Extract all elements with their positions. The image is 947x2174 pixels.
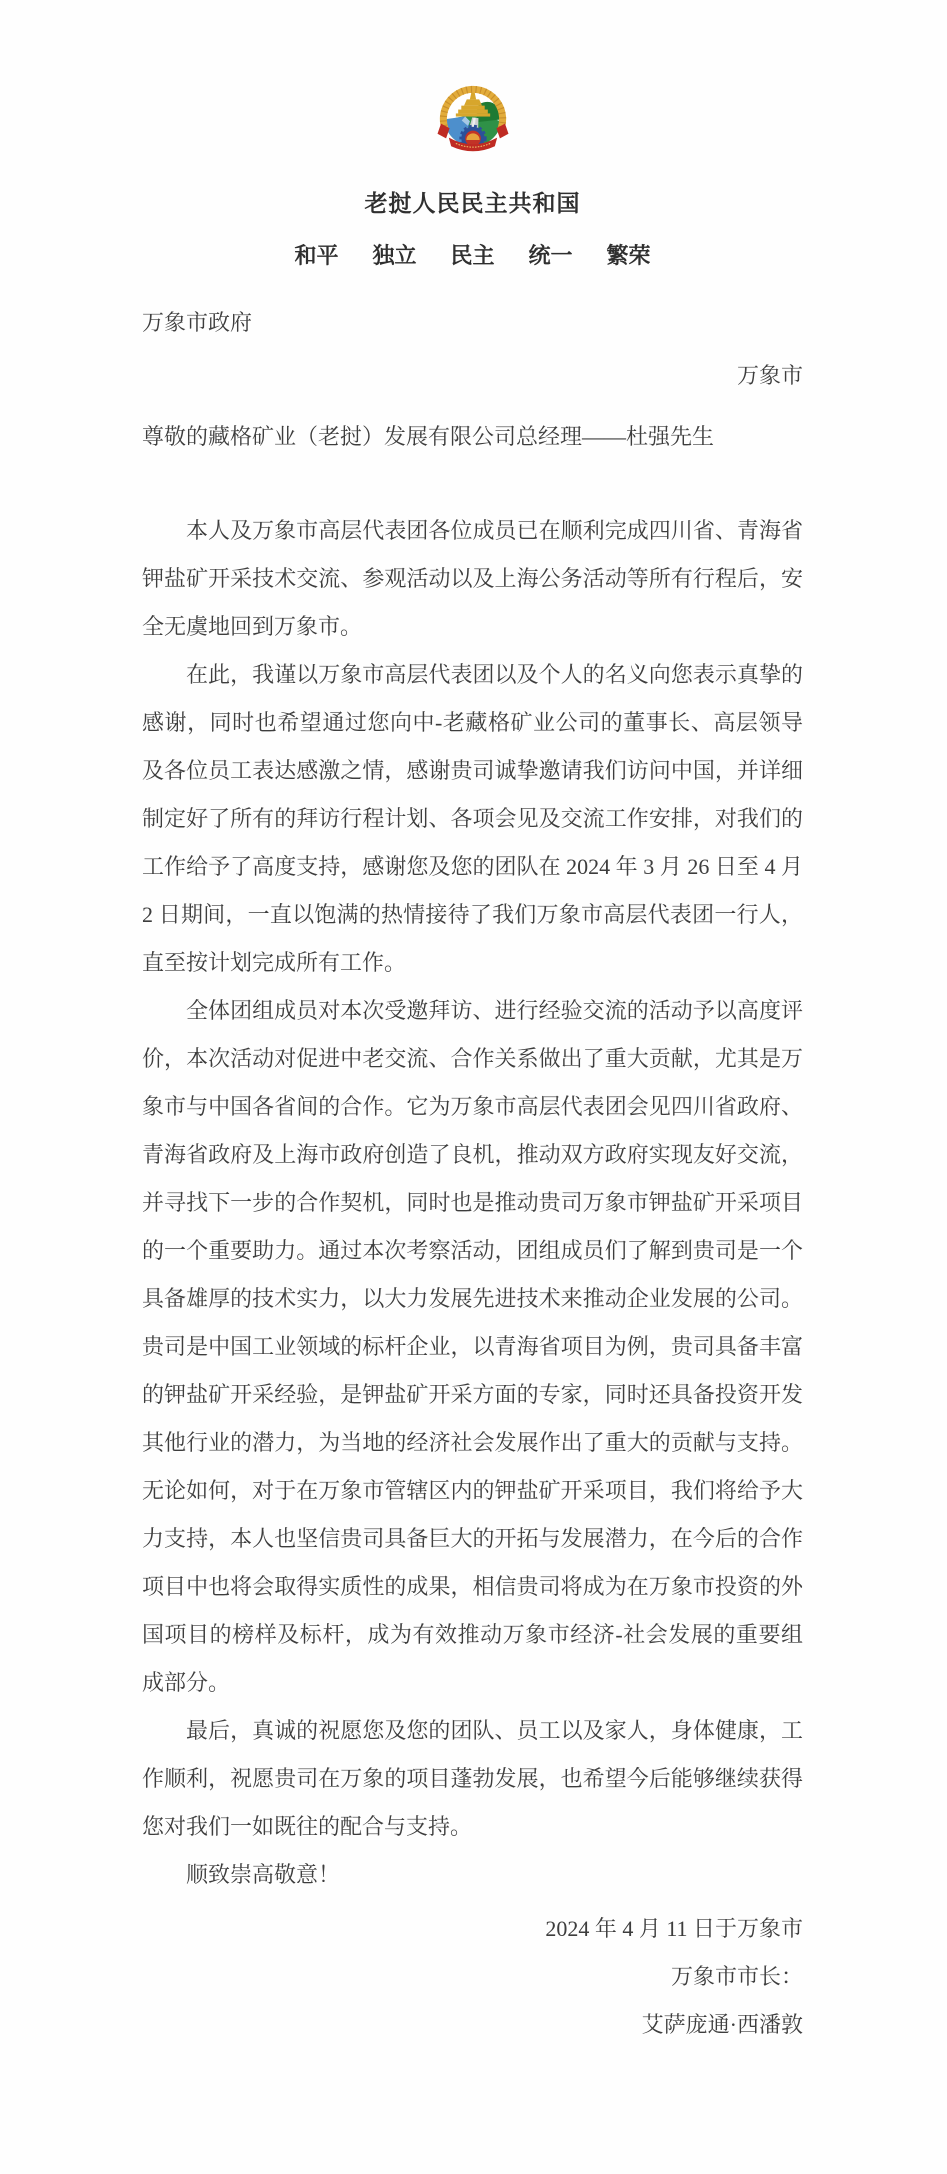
laos-national-emblem [434,76,512,154]
national-motto: 和平 独立 民主 统一 繁荣 [142,239,803,270]
motto-word-peace: 和平 [294,239,338,270]
motto-word-unity: 统一 [529,239,573,270]
body-paragraph-3: 全体团组成员对本次受邀拜访、进行经验交流的活动予以高度评价，本次活动对促进中老交… [142,987,803,1707]
motto-word-prosperity: 繁荣 [607,239,651,270]
signer-name: 艾萨庞通·西潘敦 [142,2001,803,2049]
letter-page: 老挝人民民主共和国 和平 独立 民主 统一 繁荣 万象市政府 万象市 尊敬的藏格… [0,0,947,2174]
body-paragraph-2: 在此，我谨以万象市高层代表团以及个人的名义向您表示真挚的感谢，同时也希望通过您向… [142,651,803,987]
recipient-line: 尊敬的藏格矿业（老挝）发展有限公司总经理——杜强先生 [142,420,803,451]
signature-block: 2024 年 4 月 11 日于万象市 万象市市长： 艾萨庞通·西潘敦 [142,1905,803,2049]
country-title: 老挝人民民主共和国 [142,185,803,218]
closing-salute: 顺致崇高敬意！ [142,1851,803,1899]
laos-national-emblem-graphic [434,76,512,154]
body-paragraph-4: 最后，真诚的祝愿您及您的团队、员工以及家人，身体健康，工作顺利，祝愿贵司在万象的… [142,1707,803,1851]
sender-org: 万象市政府 [142,306,803,337]
city-line: 万象市 [142,359,803,390]
letter-body: 本人及万象市高层代表团各位成员已在顺利完成四川省、青海省钾盐矿开采技术交流、参观… [142,507,803,1899]
motto-word-democracy: 民主 [450,239,494,270]
date-place-line: 2024 年 4 月 11 日于万象市 [142,1905,803,1953]
body-paragraph-1: 本人及万象市高层代表团各位成员已在顺利完成四川省、青海省钾盐矿开采技术交流、参观… [142,507,803,651]
signer-title-line: 万象市市长： [142,1953,803,2001]
motto-word-independence: 独立 [372,239,416,270]
